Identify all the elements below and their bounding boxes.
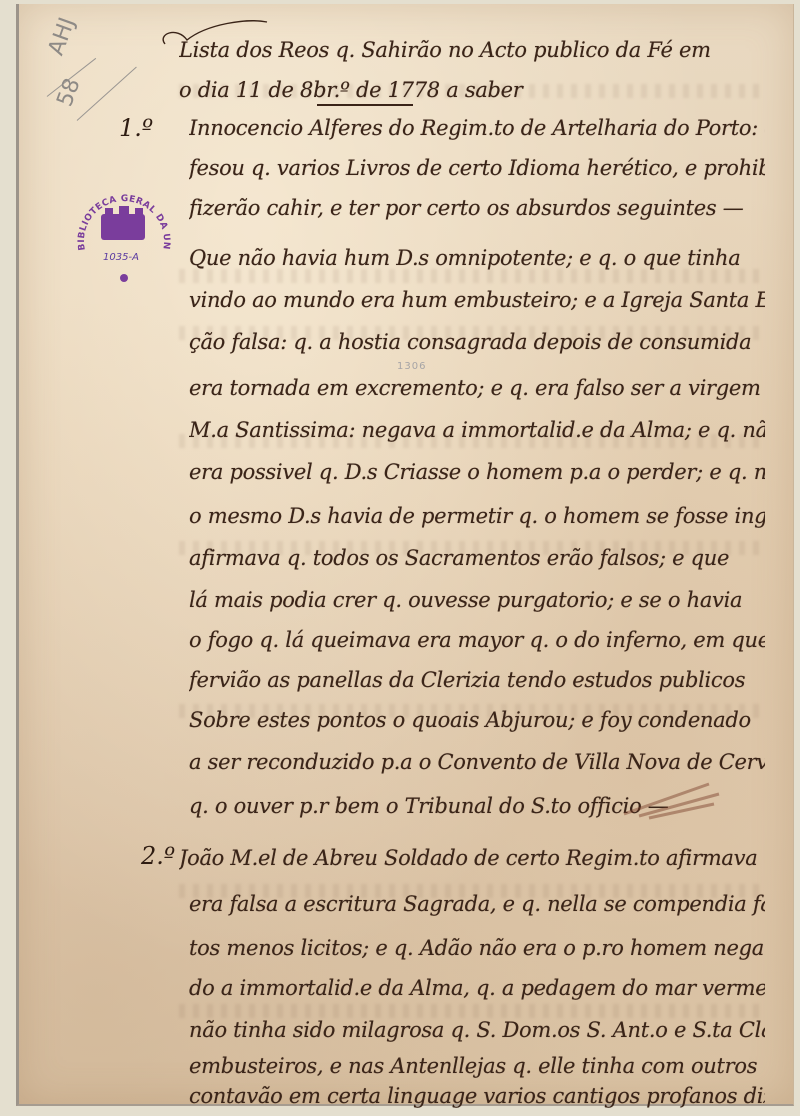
manuscript-line: era possivel q. D.s Criasse o homem p.a …	[189, 460, 765, 484]
manuscript-line: Lista dos Reos q. Sahirão no Acto public…	[179, 38, 765, 62]
pencil-shelfmark-bottom: 58	[52, 75, 85, 110]
faint-page-number: 1306	[397, 361, 426, 372]
ink-smudge	[619, 774, 729, 824]
manuscript-line: o dia 11 de 8br.º de 1778 a saber	[179, 78, 765, 102]
manuscript-line: fesou q. varios Livros de certo Idioma h…	[189, 156, 765, 180]
manuscript-line: Innocencio Alferes do Regim.to de Artelh…	[189, 116, 765, 140]
manuscript-line: o fogo q. lá queimava era mayor q. o do …	[189, 628, 765, 652]
manuscript-line: ção falsa: q. a hostia consagrada depois…	[189, 330, 765, 354]
manuscript-line: embusteiros, e nas Antenllejas q. elle t…	[189, 1054, 765, 1078]
manuscript-line: João M.el de Abreu Soldado de certo Regi…	[179, 846, 765, 870]
library-stamp: BIBLIOTECA GERAL DA UNIVERSIDADE DE COIM…	[69, 180, 179, 290]
manuscript-line: tos menos licitos; e q. Adão não era o p…	[189, 936, 765, 960]
manuscript-line: vindo ao mundo era hum embusteiro; e a I…	[189, 288, 765, 312]
manuscript-line: afirmava q. todos os Sacramentos erão fa…	[189, 546, 765, 570]
manuscript-line: era falsa a escritura Sagrada, e q. nell…	[189, 892, 765, 916]
item-number-2: 2.º	[141, 842, 175, 870]
manuscript-line: fizerão cahir, e ter por certo os absurd…	[189, 196, 765, 220]
ink-bleed	[179, 269, 763, 283]
manuscript-line: era tornada em excremento; e q. era fals…	[189, 376, 765, 400]
manuscript-line: M.a Santissima: negava a immortalid.e da…	[189, 418, 765, 442]
pencil-shelfmark-top: AHJ	[44, 14, 81, 58]
manuscript-line: não tinha sido milagrosa q. S. Dom.os S.…	[189, 1018, 765, 1042]
manuscript-line: contavão em certa linguage varios cantig…	[189, 1084, 765, 1108]
pencil-divider-line	[77, 67, 137, 121]
manuscript-line: do a immortalid.e da Alma, q. a pedagem …	[189, 976, 765, 1000]
date-underline	[317, 104, 413, 106]
manuscript-line: o mesmo D.s havia de permetir q. o homem…	[189, 504, 765, 528]
manuscript-page: AHJ 58 BIBLIOTECA GERAL DA UNIVERSIDADE …	[16, 4, 794, 1106]
manuscript-line: Sobre estes pontos o quoais Abjurou; e f…	[189, 708, 765, 732]
coat-of-arms-icon	[101, 206, 145, 240]
manuscript-line: Que não havia hum D.s omnipotente; e q. …	[189, 246, 765, 270]
manuscript-line: fervião as panellas da Clerizia tendo es…	[189, 668, 765, 692]
manuscript-line: a ser reconduzido p.a o Convento de Vill…	[189, 750, 765, 774]
manuscript-line: lá mais podia crer q. ouvesse purgatorio…	[189, 588, 765, 612]
svg-text:1035-A: 1035-A	[103, 252, 139, 263]
item-number-1: 1.º	[119, 114, 153, 142]
ink-bleed	[179, 1004, 763, 1018]
